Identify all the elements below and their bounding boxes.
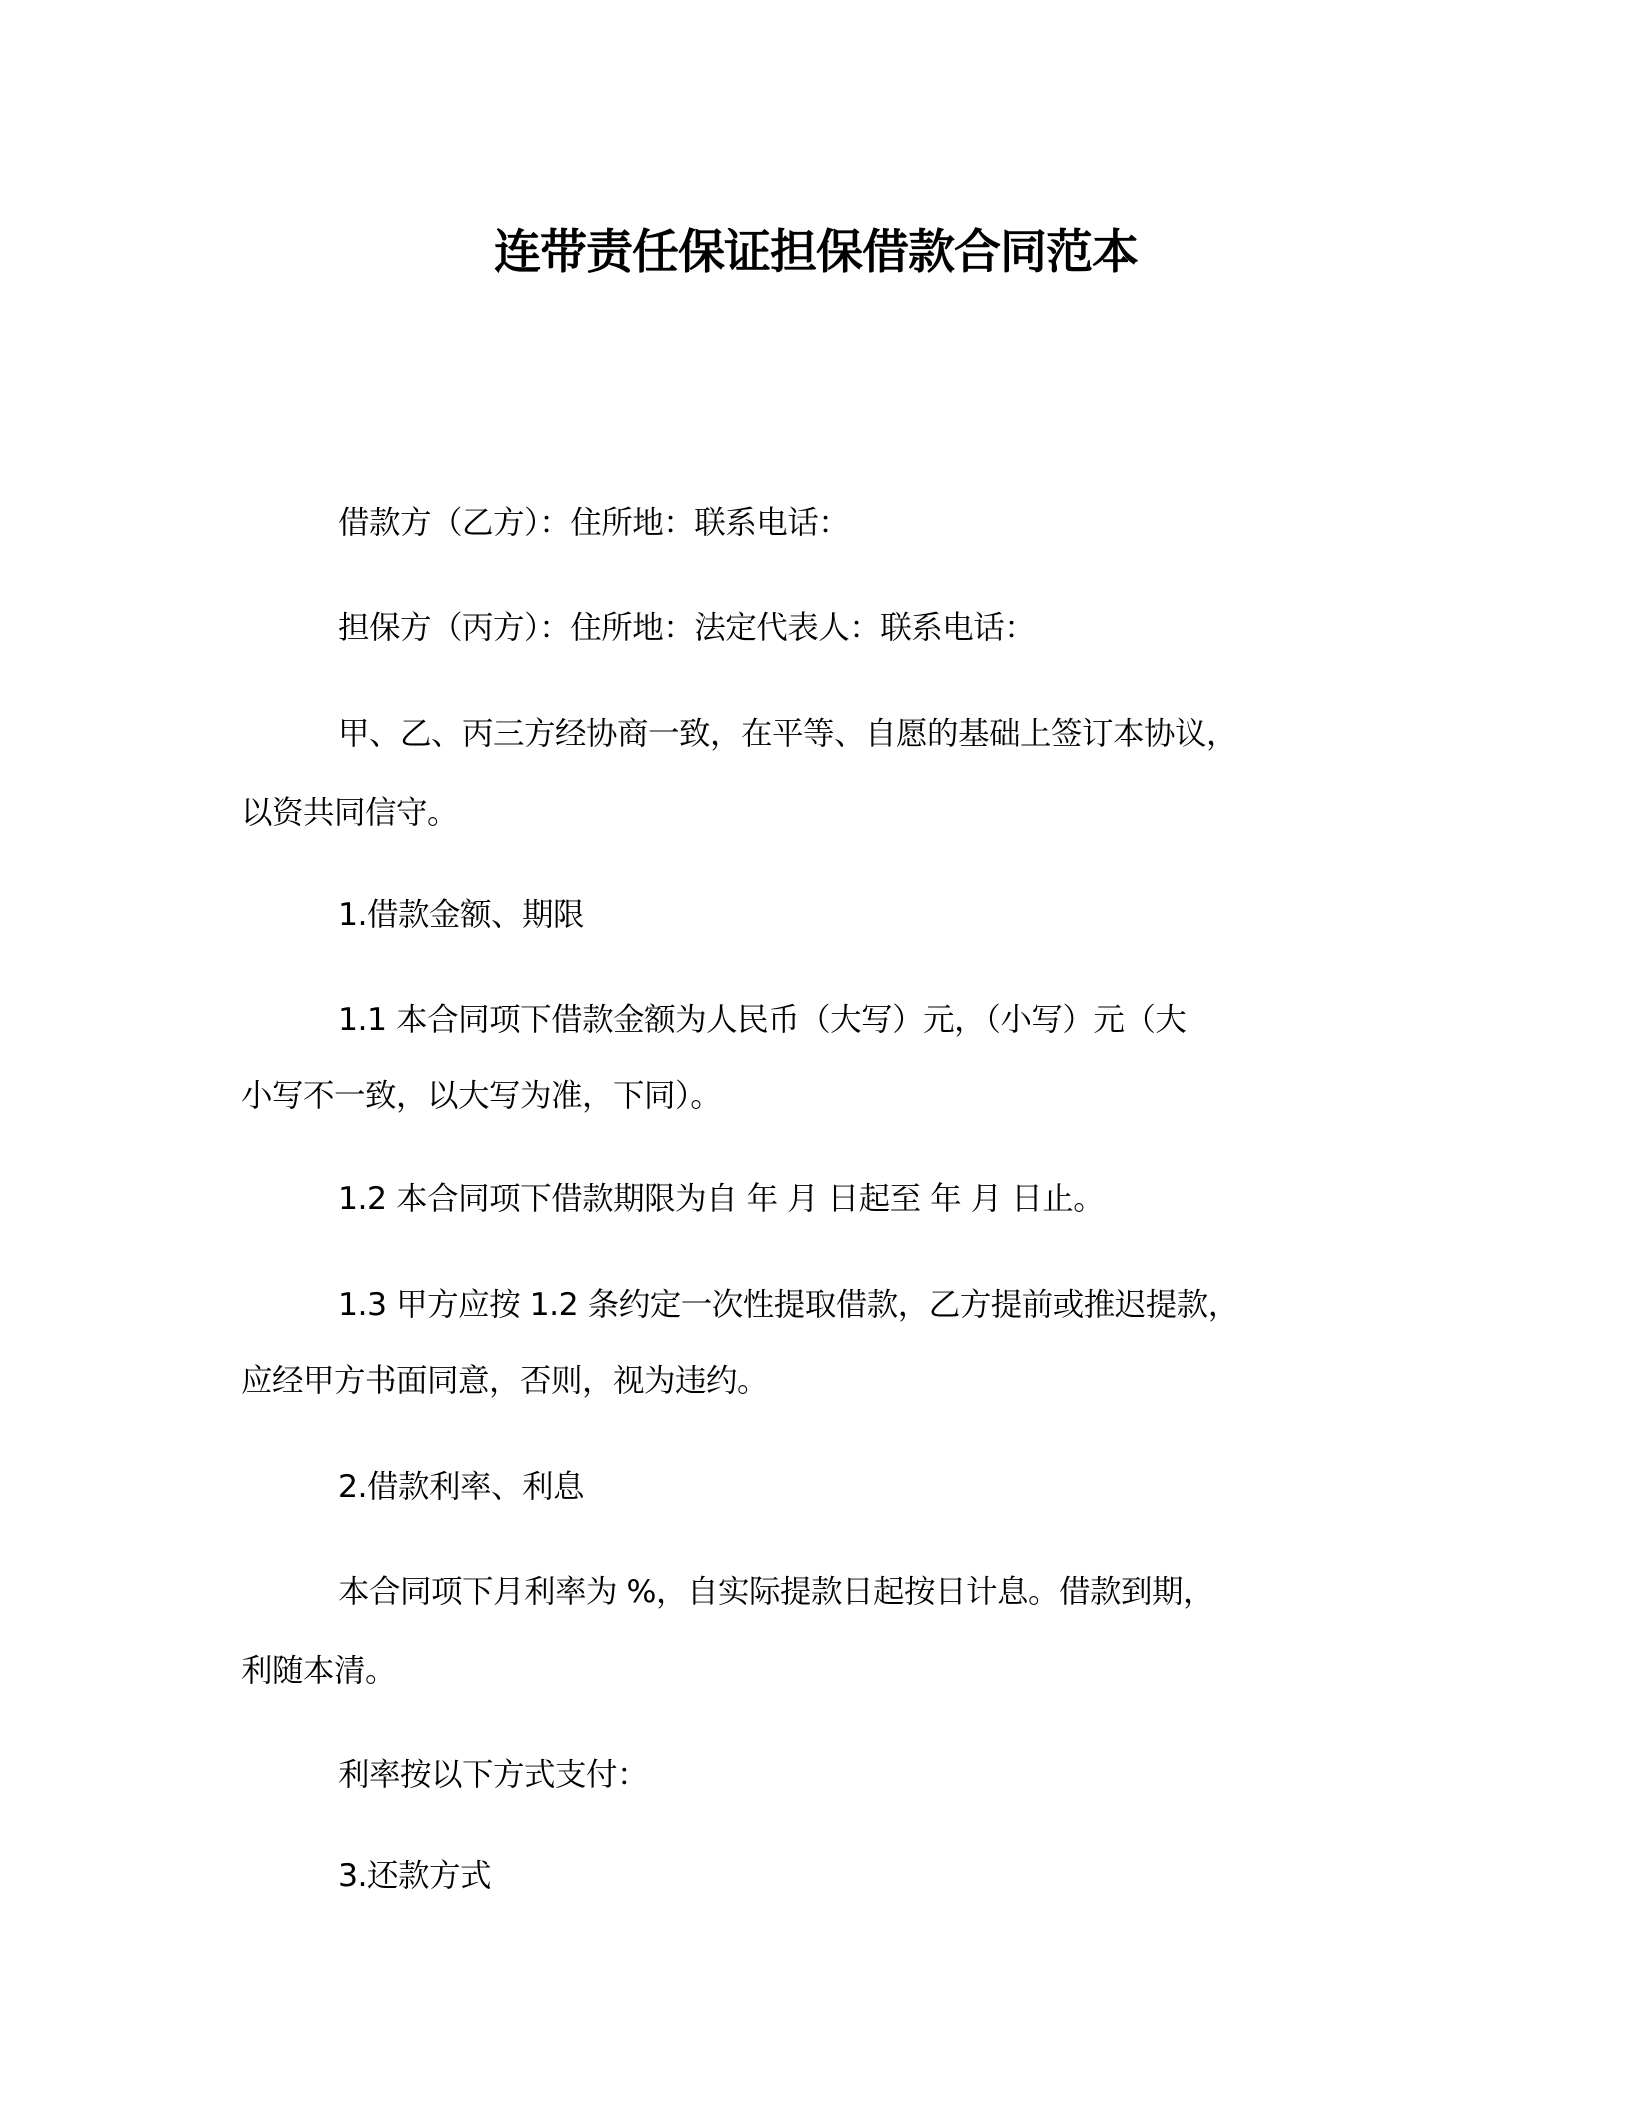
- clause-1-3-line-1: 1.3 甲方应按 1.2 条约定一次性提取借款，乙方提前或推迟提款，: [338, 1283, 1239, 1327]
- preamble-paragraph-line-2: 以资共同信守。: [241, 791, 458, 835]
- section-2-heading: 2.借款利率、利息: [338, 1465, 584, 1509]
- clause-1-1-line-2: 小写不一致，以大写为准，下同）。: [241, 1074, 721, 1118]
- preamble-paragraph-line-1: 甲、乙、丙三方经协商一致，在平等、自愿的基础上签订本协议，: [338, 712, 1237, 756]
- guarantor-info-line: 担保方（丙方）：住所地：法定代表人：联系电话：: [338, 606, 1035, 650]
- section-3-heading: 3.还款方式: [338, 1854, 491, 1898]
- section-1-heading: 1.借款金额、期限: [338, 893, 584, 937]
- clause-1-2: 1.2 本合同项下借款期限为自 年 月 日起至 年 月 日止。: [338, 1177, 1104, 1221]
- clause-1-1-line-1: 1.1 本合同项下借款金额为人民币（大写）元，（小写）元（大: [338, 998, 1186, 1042]
- document-page: 连带责任保证担保借款合同范本 借款方（乙方）：住所地：联系电话： 担保方（丙方）…: [0, 0, 1632, 2112]
- document-title: 连带责任保证担保借款合同范本: [0, 225, 1632, 281]
- borrower-info-line: 借款方（乙方）：住所地：联系电话：: [338, 501, 849, 545]
- clause-1-3-line-2: 应经甲方书面同意，否则，视为违约。: [241, 1359, 768, 1403]
- interest-payment-method: 利率按以下方式支付：: [338, 1753, 648, 1797]
- interest-paragraph-line-1: 本合同项下月利率为 %，自实际提款日起按日计息。借款到期，: [338, 1570, 1214, 1614]
- interest-paragraph-line-2: 利随本清。: [241, 1649, 396, 1693]
